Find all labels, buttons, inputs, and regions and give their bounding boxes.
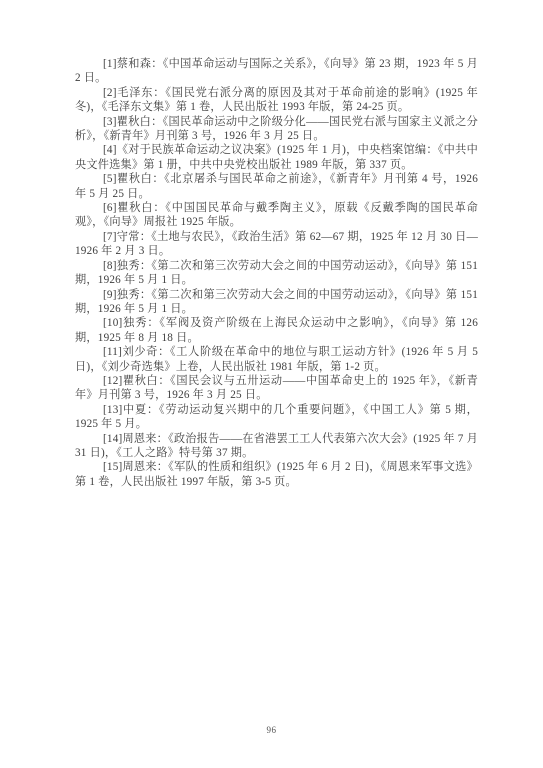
page-number: 96 — [0, 725, 543, 735]
document-page: [1]蔡和森：《中国革命运动与国际之关系》，《向导》第 23 期，1923 年 … — [0, 0, 543, 768]
reference-item: [11]刘少奇：《工人阶级在革命中的地位与职工运动方针》(1926 年 5 月 … — [75, 345, 478, 374]
references-list: [1]蔡和森：《中国革命运动与国际之关系》，《向导》第 23 期，1923 年 … — [75, 57, 478, 489]
reference-item: [4]《对于民族革命运动之议决案》(1925 年 1 月)，中央档案馆编：《中共… — [75, 143, 478, 172]
reference-item: [3]瞿秋白：《国民革命运动中之阶级分化——国民党右派与国家主义派之分析》，《新… — [75, 115, 478, 144]
reference-item: [6]瞿秋白：《中国国民革命与戴季陶主义》，原载《反戴季陶的国民革命观》，《向导… — [75, 201, 478, 230]
reference-item: [13]中夏：《劳动运动复兴期中的几个重要问题》，《中国工人》第 5 期，192… — [75, 403, 478, 432]
reference-item: [12]瞿秋白：《国民会议与五卅运动——中国革命史上的 1925 年》，《新青年… — [75, 374, 478, 403]
reference-item: [10]独秀：《军阀及资产阶级在上海民众运动中之影响》，《向导》第 126 期，… — [75, 316, 478, 345]
reference-item: [2]毛泽东：《国民党右派分离的原因及其对于革命前途的影响》(1925 年冬)，… — [75, 86, 478, 115]
reference-item: [15]周恩来：《军队的性质和组织》(1925 年 6 月 2 日)，《周恩来军… — [75, 460, 478, 489]
reference-item: [9]独秀：《第二次和第三次劳动大会之间的中国劳动运动》，《向导》第 151 期… — [75, 288, 478, 317]
reference-item: [7]守常：《土地与农民》，《政治生活》第 62—67 期，1925 年 12 … — [75, 230, 478, 259]
reference-item: [14]周恩来：《政治报告——在省港罢工工人代表第六次大会》(1925 年 7 … — [75, 432, 478, 461]
reference-item: [8]独秀：《第二次和第三次劳动大会之间的中国劳动运动》，《向导》第 151 期… — [75, 259, 478, 288]
reference-item: [5]瞿秋白：《北京屠杀与国民革命之前途》，《新青年》月刊第 4 号，1926 … — [75, 172, 478, 201]
reference-item: [1]蔡和森：《中国革命运动与国际之关系》，《向导》第 23 期，1923 年 … — [75, 57, 478, 86]
